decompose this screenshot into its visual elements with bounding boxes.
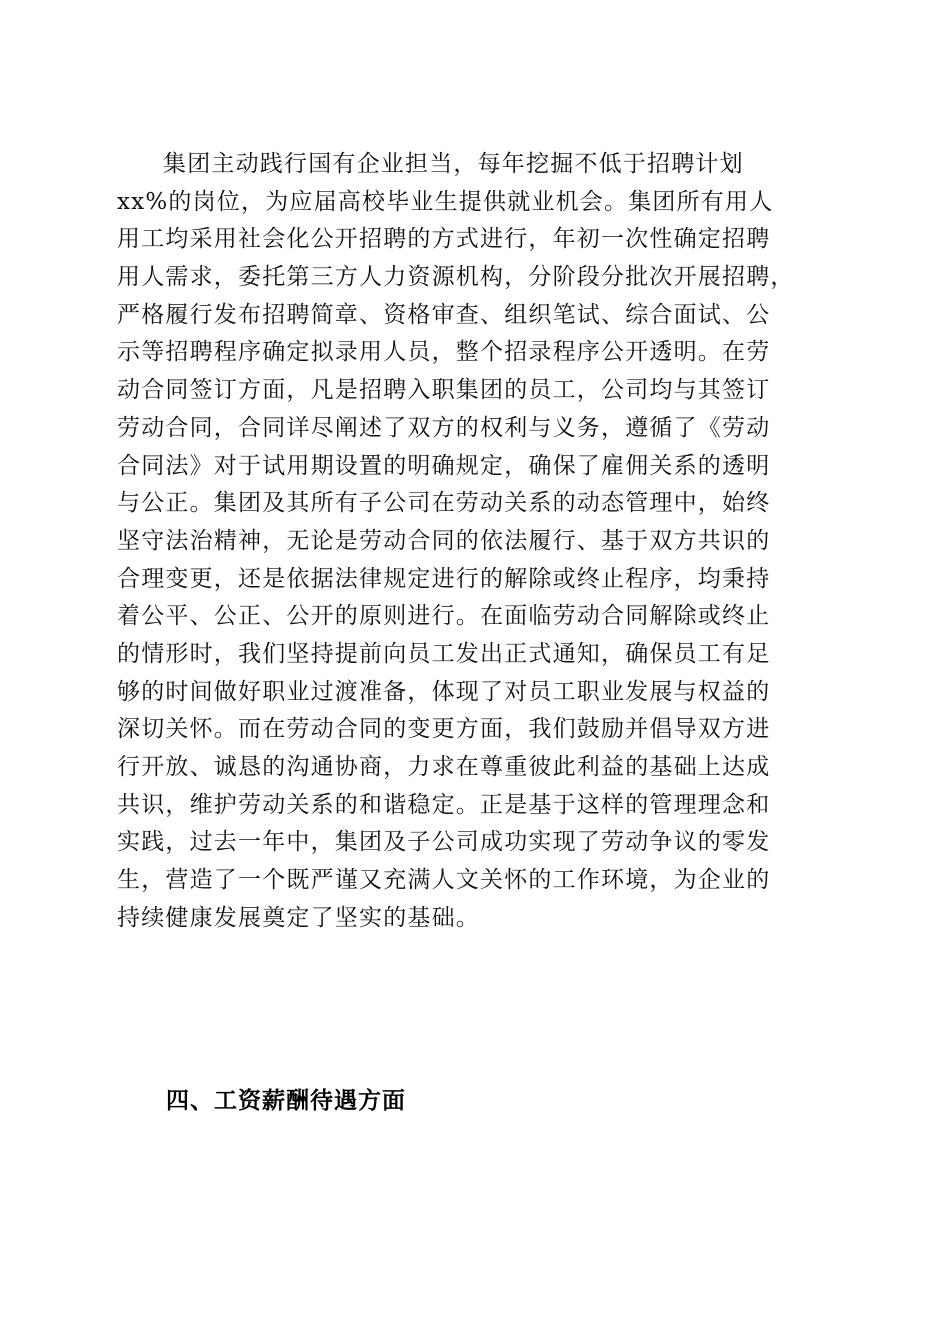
paragraph-line: 的情形时，我们坚持提前向员工发出正式通知，确保员工有足 — [117, 636, 837, 674]
paragraph-line: 与公正。集团及其所有子公司在劳动关系的动态管理中，始终 — [117, 485, 837, 523]
paragraph-line: 生，营造了一个既严谨又充满人文关怀的工作环境，为企业的 — [117, 862, 837, 900]
paragraph-line: 用人需求，委托第三方人力资源机构，分阶段分批次开展招聘， — [117, 259, 837, 297]
paragraph-line: 行开放、诚恳的沟通协商，力求在尊重彼此利益的基础上达成 — [117, 749, 837, 787]
paragraph-line: 深切关怀。而在劳动合同的变更方面，我们鼓励并倡导双方进 — [117, 711, 837, 749]
paragraph-line: 严格履行发布招聘简章、资格审查、组织笔试、综合面试、公 — [117, 297, 837, 335]
section-heading: 四、工资薪酬待遇方面 — [166, 1083, 406, 1119]
paragraph-line: xx%的岗位，为应届高校毕业生提供就业机会。集团所有用人 — [117, 184, 837, 222]
paragraph-line: 共识，维护劳动关系的和谐稳定。正是基于这样的管理理念和 — [117, 787, 837, 825]
paragraph-line: 动合同签订方面，凡是招聘入职集团的员工，公司均与其签订 — [117, 372, 837, 410]
paragraph-line: 实践，过去一年中，集团及子公司成功实现了劳动争议的零发 — [117, 824, 837, 862]
paragraph-line: 示等招聘程序确定拟录用人员，整个招录程序公开透明。在劳 — [117, 334, 837, 372]
paragraph-line: 劳动合同，合同详尽阐述了双方的权利与义务，遵循了《劳动 — [117, 410, 837, 448]
paragraph-line: 持续健康发展奠定了坚实的基础。 — [117, 900, 837, 938]
paragraph-line: 着公平、公正、公开的原则进行。在面临劳动合同解除或终止 — [117, 598, 837, 636]
paragraph-line: 用工均采用社会化公开招聘的方式进行，年初一次性确定招聘 — [117, 221, 837, 259]
document-page: 集团主动践行国有企业担当，每年挖掘不低于招聘计划 xx%的岗位，为应届高校毕业生… — [0, 0, 950, 1344]
body-paragraph: 集团主动践行国有企业担当，每年挖掘不低于招聘计划 xx%的岗位，为应届高校毕业生… — [117, 146, 837, 937]
paragraph-line: 坚守法治精神，无论是劳动合同的依法履行、基于双方共识的 — [117, 523, 837, 561]
paragraph-line: 集团主动践行国有企业担当，每年挖掘不低于招聘计划 — [117, 146, 837, 184]
paragraph-line: 合理变更，还是依据法律规定进行的解除或终止程序，均秉持 — [117, 561, 837, 599]
paragraph-line: 够的时间做好职业过渡准备，体现了对员工职业发展与权益的 — [117, 674, 837, 712]
paragraph-line: 合同法》对于试用期设置的明确规定，确保了雇佣关系的透明 — [117, 448, 837, 486]
